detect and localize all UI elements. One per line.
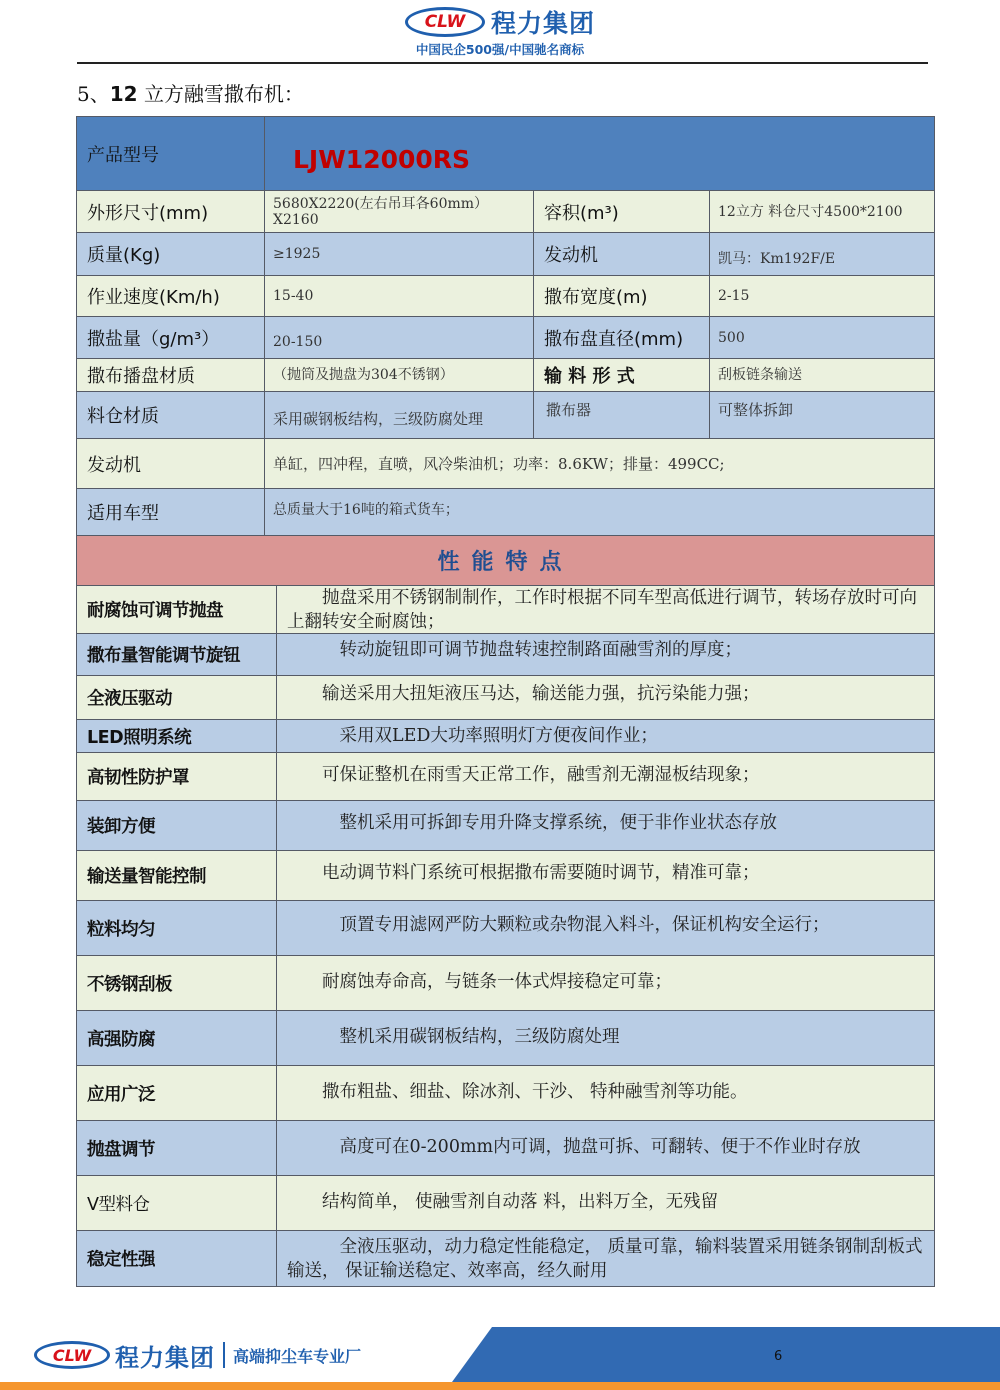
spec-label-vehicle: 适用车型 [76,488,265,536]
footer-orange-bar [0,1382,1000,1390]
feature-label: 装卸方便 [76,800,277,851]
feature-label: 应用广泛 [76,1065,277,1121]
feature-label: LED照明系统 [76,719,277,753]
spec-value-engine-model: 凯马：Km192F/E [709,232,935,276]
features-header: 性能特点 [76,535,935,586]
spec-value-disc-diameter: 500 [709,316,935,359]
feature-desc: 采用双LED大功率照明灯方便夜间作业； [276,719,935,753]
feature-desc: 抛盘采用不锈钢制制作，工作时根据不同车型高低进行调节，转场存放时可向上翻转安全耐… [276,585,935,634]
footer-logo: CLW 程力集团 高端抑尘车专业厂 [34,1340,361,1370]
spec-value-feed-type: 刮板链条输送 [709,358,935,392]
feature-label: 高韧性防护罩 [76,752,277,801]
spec-value-hopper-material: 采用碳钢板结构，三级防腐处理 [264,391,534,439]
spec-value-speed: 15-40 [264,275,534,317]
section-number: 5、 [77,82,110,106]
spec-label-engine: 发动机 [76,438,265,489]
header-slogan: 中国民企500强/中国驰名商标 [0,40,1000,58]
spec-label-feed-type: 输 料 形 式 [533,358,710,392]
clw-logo-icon: CLW [34,1341,110,1369]
spec-label-salt-rate: 撒盐量（g/m³） [76,316,265,359]
feature-desc: 可保证整机在雨雪天正常工作，融雪剂无潮湿板结现象； [276,752,935,801]
footer-separator [223,1342,225,1368]
header-divider [77,62,928,64]
spec-label-hopper-material: 料仓材质 [76,391,265,439]
feature-desc: 顶置专用滤网严防大颗粒或杂物混入料斗，保证机构安全运行； [276,900,935,956]
section-size: 12 [110,82,138,106]
spec-value-salt-rate: 20-150 [264,316,534,359]
feature-desc: 转动旋钮即可调节抛盘转速控制路面融雪剂的厚度； [276,633,935,676]
logo-mark-text: CLW [53,1346,91,1365]
spec-label-dimensions: 外形尺寸(mm) [76,190,265,233]
spec-label-volume: 容积(m³) [533,190,710,233]
brand-name: 程力集团 [491,4,595,40]
spec-label-disc-diameter: 撒布盘直径(mm) [533,316,710,359]
header-logo: CLW 程力集团 [405,6,605,38]
model-value: LJW12000RS [264,116,935,191]
feature-label: V型料仓 [76,1175,277,1231]
feature-desc: 电动调节料门系统可根据撒布需要随时调节，精准可靠； [276,850,935,901]
footer-blue-band [452,1327,1000,1382]
clw-logo-icon: CLW [405,7,485,37]
spec-label-speed: 作业速度(Km/h) [76,275,265,317]
feature-label: 输送量智能控制 [76,850,277,901]
feature-label: 粒料均匀 [76,900,277,956]
section-title: 5、12 立方融雪撒布机： [77,78,304,107]
spec-value-vehicle: 总质量大于16吨的箱式货车； [264,488,935,536]
feature-label: 高强防腐 [76,1010,277,1066]
spec-label-mass: 质量(Kg) [76,232,265,276]
spec-value-disc-material: （抛筒及抛盘为304不锈钢） [264,358,534,392]
feature-label: 撒布量智能调节旋钮 [76,633,277,676]
feature-label: 不锈钢刮板 [76,955,277,1011]
spec-value-spread-width: 2-15 [709,275,935,317]
feature-desc: 整机采用可拆卸专用升降支撑系统，便于非作业状态存放 [276,800,935,851]
feature-label: 全液压驱动 [76,675,277,720]
spec-label-spreader: 撒布器 [533,391,710,439]
feature-desc: 高度可在0-200mm内可调，抛盘可拆、可翻转、便于不作业时存放 [276,1120,935,1176]
spec-label-spread-width: 撒布宽度(m) [533,275,710,317]
spec-value-spreader: 可整体拆卸 [709,391,935,439]
feature-label: 稳定性强 [76,1230,277,1287]
footer-tagline: 高端抑尘车专业厂 [233,1344,361,1367]
feature-desc: 耐腐蚀寿命高，与链条一体式焊接稳定可靠； [276,955,935,1011]
spec-value-engine: 单缸，四冲程，直喷，风冷柴油机；功率：8.6KW；排量：499CC; [264,438,935,489]
model-label: 产品型号 [76,116,265,191]
footer-brand-name: 程力集团 [115,1338,215,1373]
spec-value-mass: ≥1925 [264,232,534,276]
page-number: 6 [774,1349,782,1364]
logo-mark-text: CLW [425,12,466,32]
feature-label: 耐腐蚀可调节抛盘 [76,585,277,634]
feature-label: 抛盘调节 [76,1120,277,1176]
spec-label-disc-material: 撒布播盘材质 [76,358,265,392]
spec-label-engine-model: 发动机 [533,232,710,276]
feature-desc: 输送采用大扭矩液压马达，输送能力强，抗污染能力强； [276,675,935,720]
spec-value-volume: 12立方 料仓尺寸4500*2100 [709,190,935,233]
feature-desc: 结构简单， 使融雪剂自动落 料，出料万全，无残留 [276,1175,935,1231]
section-title-text: 立方融雪撒布机： [144,82,304,106]
feature-desc: 撒布粗盐、细盐、除冰剂、干沙、 特种融雪剂等功能。 [276,1065,935,1121]
feature-desc: 整机采用碳钢板结构，三级防腐处理 [276,1010,935,1066]
spec-value-dimensions: 5680X2220(左右吊耳各60mm）X2160 [264,190,534,233]
feature-desc: 全液压驱动，动力稳定性能稳定， 质量可靠，输料装置采用链条钢制刮板式输送， 保证… [276,1230,935,1287]
